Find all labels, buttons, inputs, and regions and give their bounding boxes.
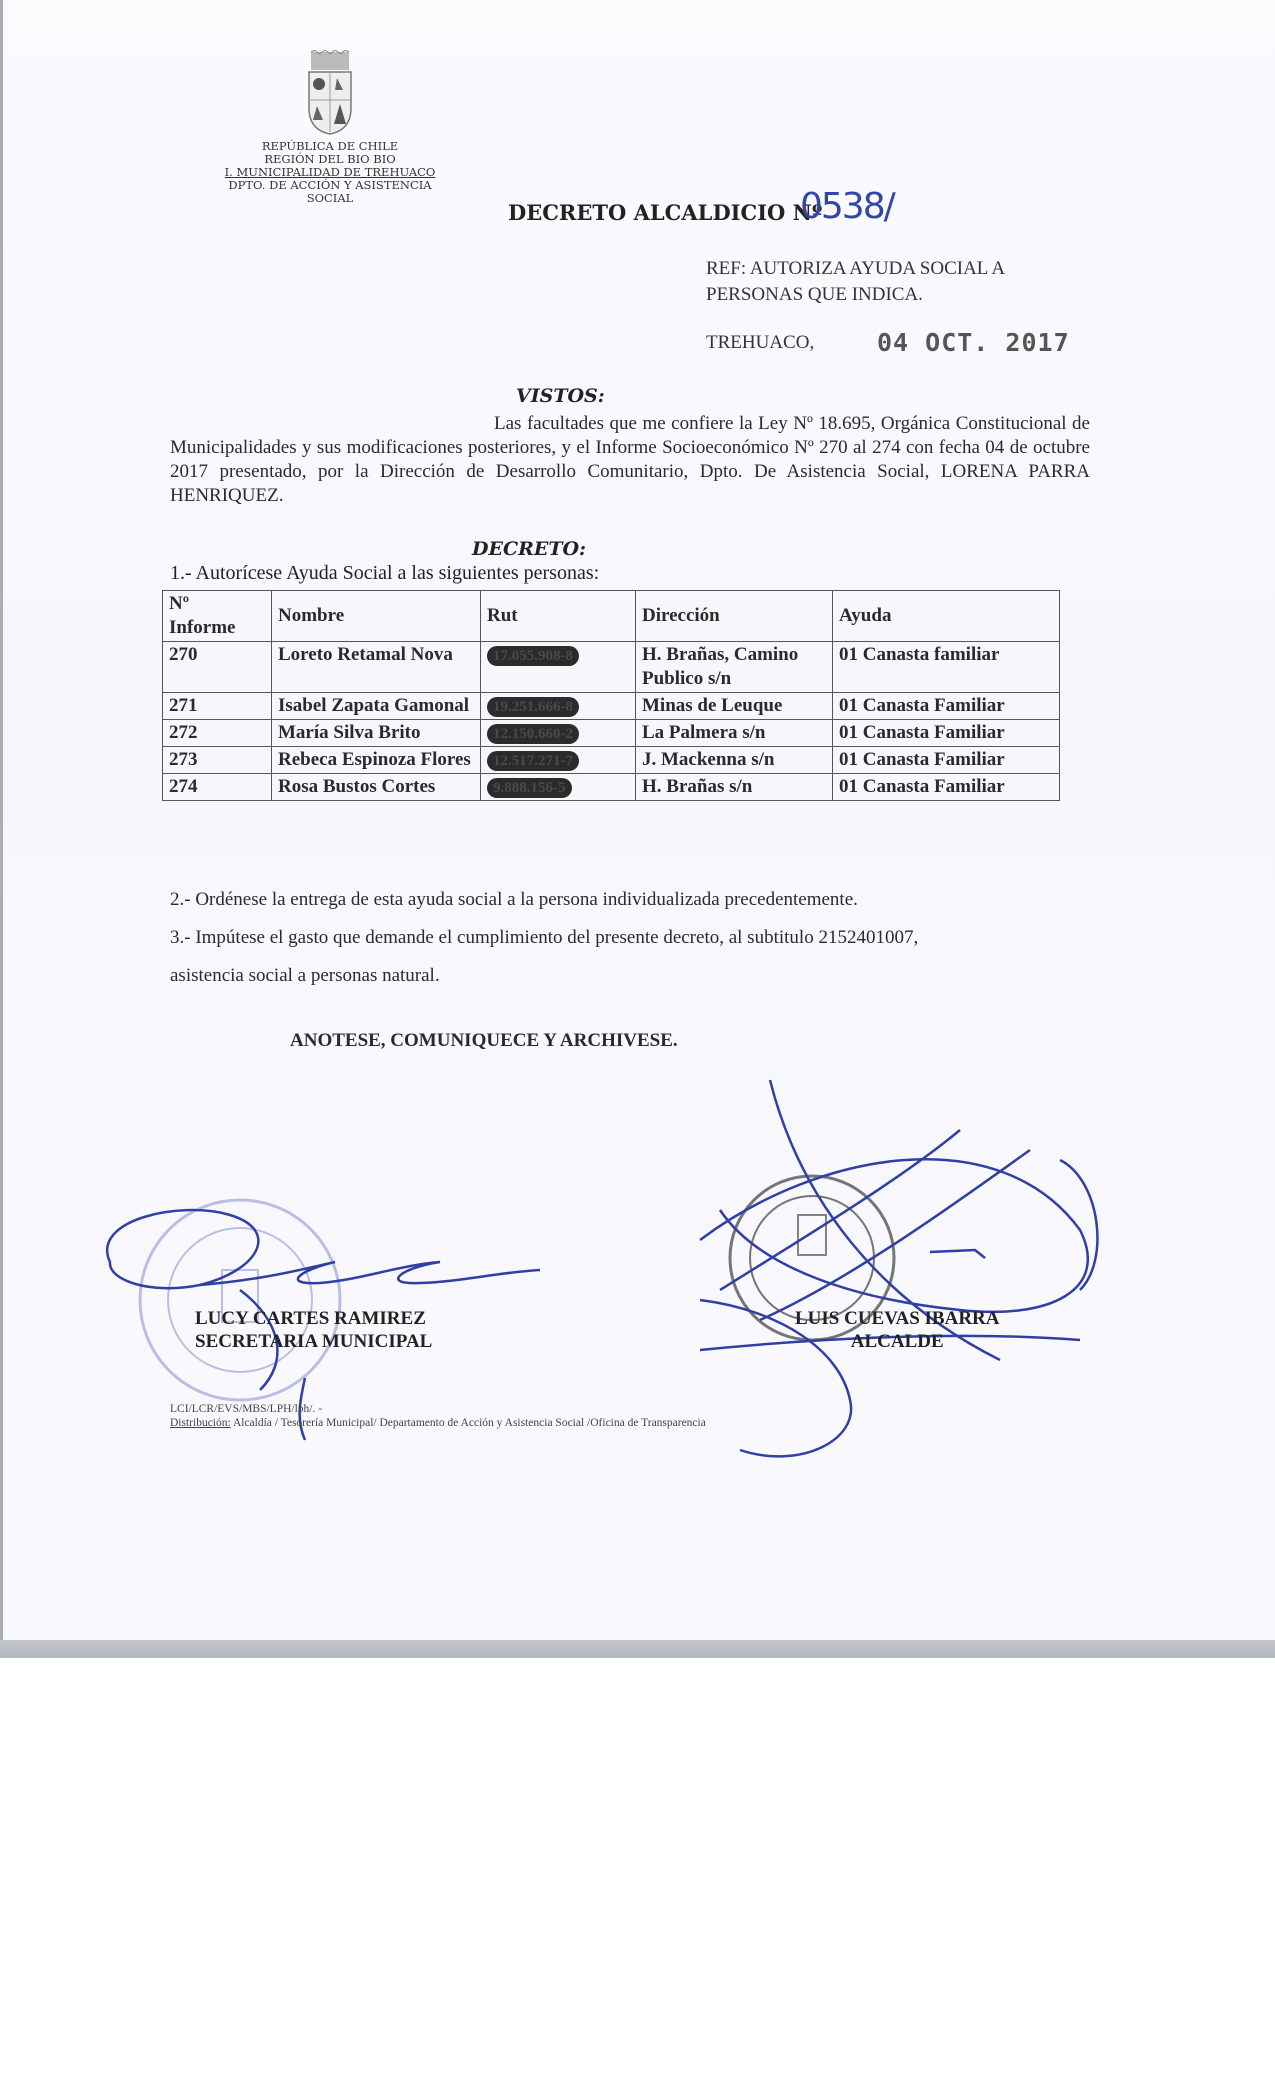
reference-line-2: PERSONAS QUE INDICA. [706,282,1005,308]
cell-ayuda: 01 Canasta Familiar [833,747,1060,774]
decreto-heading: DECRETO: [472,538,586,560]
decree-number-handwritten: 0538/ [800,186,894,227]
cell-nombre: Loreto Retamal Nova [272,642,481,693]
redacted-rut: 17.055.908-8 [487,646,579,666]
header-nombre: Nombre [272,591,481,642]
initials-line: LCI/LCR/EVS/MBS/LPH/lph/. - [170,1402,706,1416]
redacted-rut: 12.150.660-2 [487,724,579,744]
beneficiaries-table: Nº Informe Nombre Rut Dirección Ayuda 27… [162,590,1060,801]
cell-nombre: Isabel Zapata Gamonal [272,693,481,720]
redacted-rut: 9.888.156-5 [487,778,572,798]
cell-nombre: Rosa Bustos Cortes [272,774,481,801]
cell-ayuda: 01 Canasta Familiar [833,774,1060,801]
vistos-text: Las facultades que me confiere la Ley Nº… [170,412,1090,508]
table-row: 274Rosa Bustos Cortes9.888.156-5H. Braña… [163,774,1060,801]
redacted-rut: 19.251.666-8 [487,697,579,717]
decree-item-3-line-2: asistencia social a personas natural. [170,964,1090,988]
cell-rut: 19.251.666-8 [481,693,636,720]
cell-rut: 12.517.271-7 [481,747,636,774]
distribution-line: Distribución: Alcaldía / Tesorería Munic… [170,1416,706,1430]
cell-rut: 12.150.660-2 [481,720,636,747]
cell-nombre: María Silva Brito [272,720,481,747]
header-direccion: Dirección [636,591,833,642]
cell-nombre: Rebeca Espinoza Flores [272,747,481,774]
secretaria-role: SECRETARIA MUNICIPAL [195,1330,432,1353]
cell-informe: 270 [163,642,272,693]
cell-rut: 17.055.908-8 [481,642,636,693]
cell-direccion: H. Brañas s/n [636,774,833,801]
cell-direccion: La Palmera s/n [636,720,833,747]
letterhead: REPÚBLICA DE CHILE REGIÓN DEL BIO BIO I.… [215,50,445,205]
vistos-heading: VISTOS: [516,385,605,407]
header-informe: Nº Informe [163,591,272,642]
cell-informe: 271 [163,693,272,720]
decree-title: DECRETO ALCALDICIO Nº [508,200,822,225]
reference-line-1: REF: AUTORIZA AYUDA SOCIAL A [706,256,1005,282]
secretaria-signature-block: LUCY CARTES RAMIREZ SECRETARIA MUNICIPAL [195,1307,432,1353]
decree-item-1: 1.- Autorícese Ayuda Social a las siguie… [170,562,599,585]
table-row: 271Isabel Zapata Gamonal19.251.666-8Mina… [163,693,1060,720]
cell-informe: 274 [163,774,272,801]
cell-direccion: H. Brañas, Camino Publico s/n [636,642,833,693]
cell-direccion: Minas de Leuque [636,693,833,720]
decree-place: TREHUACO, [706,332,814,354]
table-row: 270Loreto Retamal Nova17.055.908-8H. Bra… [163,642,1060,693]
cell-rut: 9.888.156-5 [481,774,636,801]
table-row: 272María Silva Brito12.150.660-2La Palme… [163,720,1060,747]
distribution-list: Alcaldía / Tesorería Municipal/ Departam… [231,1417,706,1429]
decree-item-3-line-1: 3.- Impútese el gasto que demande el cum… [170,926,1090,950]
cell-direccion: J. Mackenna s/n [636,747,833,774]
letterhead-line-4: DPTO. DE ACCIÓN Y ASISTENCIA SOCIAL [215,179,445,205]
table-header-row: Nº Informe Nombre Rut Dirección Ayuda [163,591,1060,642]
cell-ayuda: 01 Canasta familiar [833,642,1060,693]
decree-reference: REF: AUTORIZA AYUDA SOCIAL A PERSONAS QU… [706,256,1005,308]
alcalde-name: LUIS CUEVAS IBARRA [795,1307,999,1330]
cell-ayuda: 01 Canasta Familiar [833,720,1060,747]
cell-informe: 272 [163,720,272,747]
cell-ayuda: 01 Canasta Familiar [833,693,1060,720]
scan-left-edge [0,0,3,1658]
decree-item-2: 2.- Ordénese la entrega de esta ayuda so… [170,888,1090,912]
secretaria-name: LUCY CARTES RAMIREZ [195,1307,432,1330]
coat-of-arms-icon [301,50,359,136]
alcalde-role: ALCALDE [795,1330,999,1353]
document-footer: LCI/LCR/EVS/MBS/LPH/lph/. - Distribución… [170,1402,706,1430]
alcalde-signature-block: LUIS CUEVAS IBARRA ALCALDE [795,1307,999,1353]
header-rut: Rut [481,591,636,642]
date-stamp: 04 OCT. 2017 [877,328,1070,357]
scan-bottom-edge [0,1640,1275,1658]
table-row: 273Rebeca Espinoza Flores12.517.271-7J. … [163,747,1060,774]
distribution-label: Distribución: [170,1417,231,1429]
cell-informe: 273 [163,747,272,774]
redacted-rut: 12.517.271-7 [487,751,579,771]
closing-formula: ANOTESE, COMUNIQUECE Y ARCHIVESE. [290,1030,678,1052]
header-ayuda: Ayuda [833,591,1060,642]
